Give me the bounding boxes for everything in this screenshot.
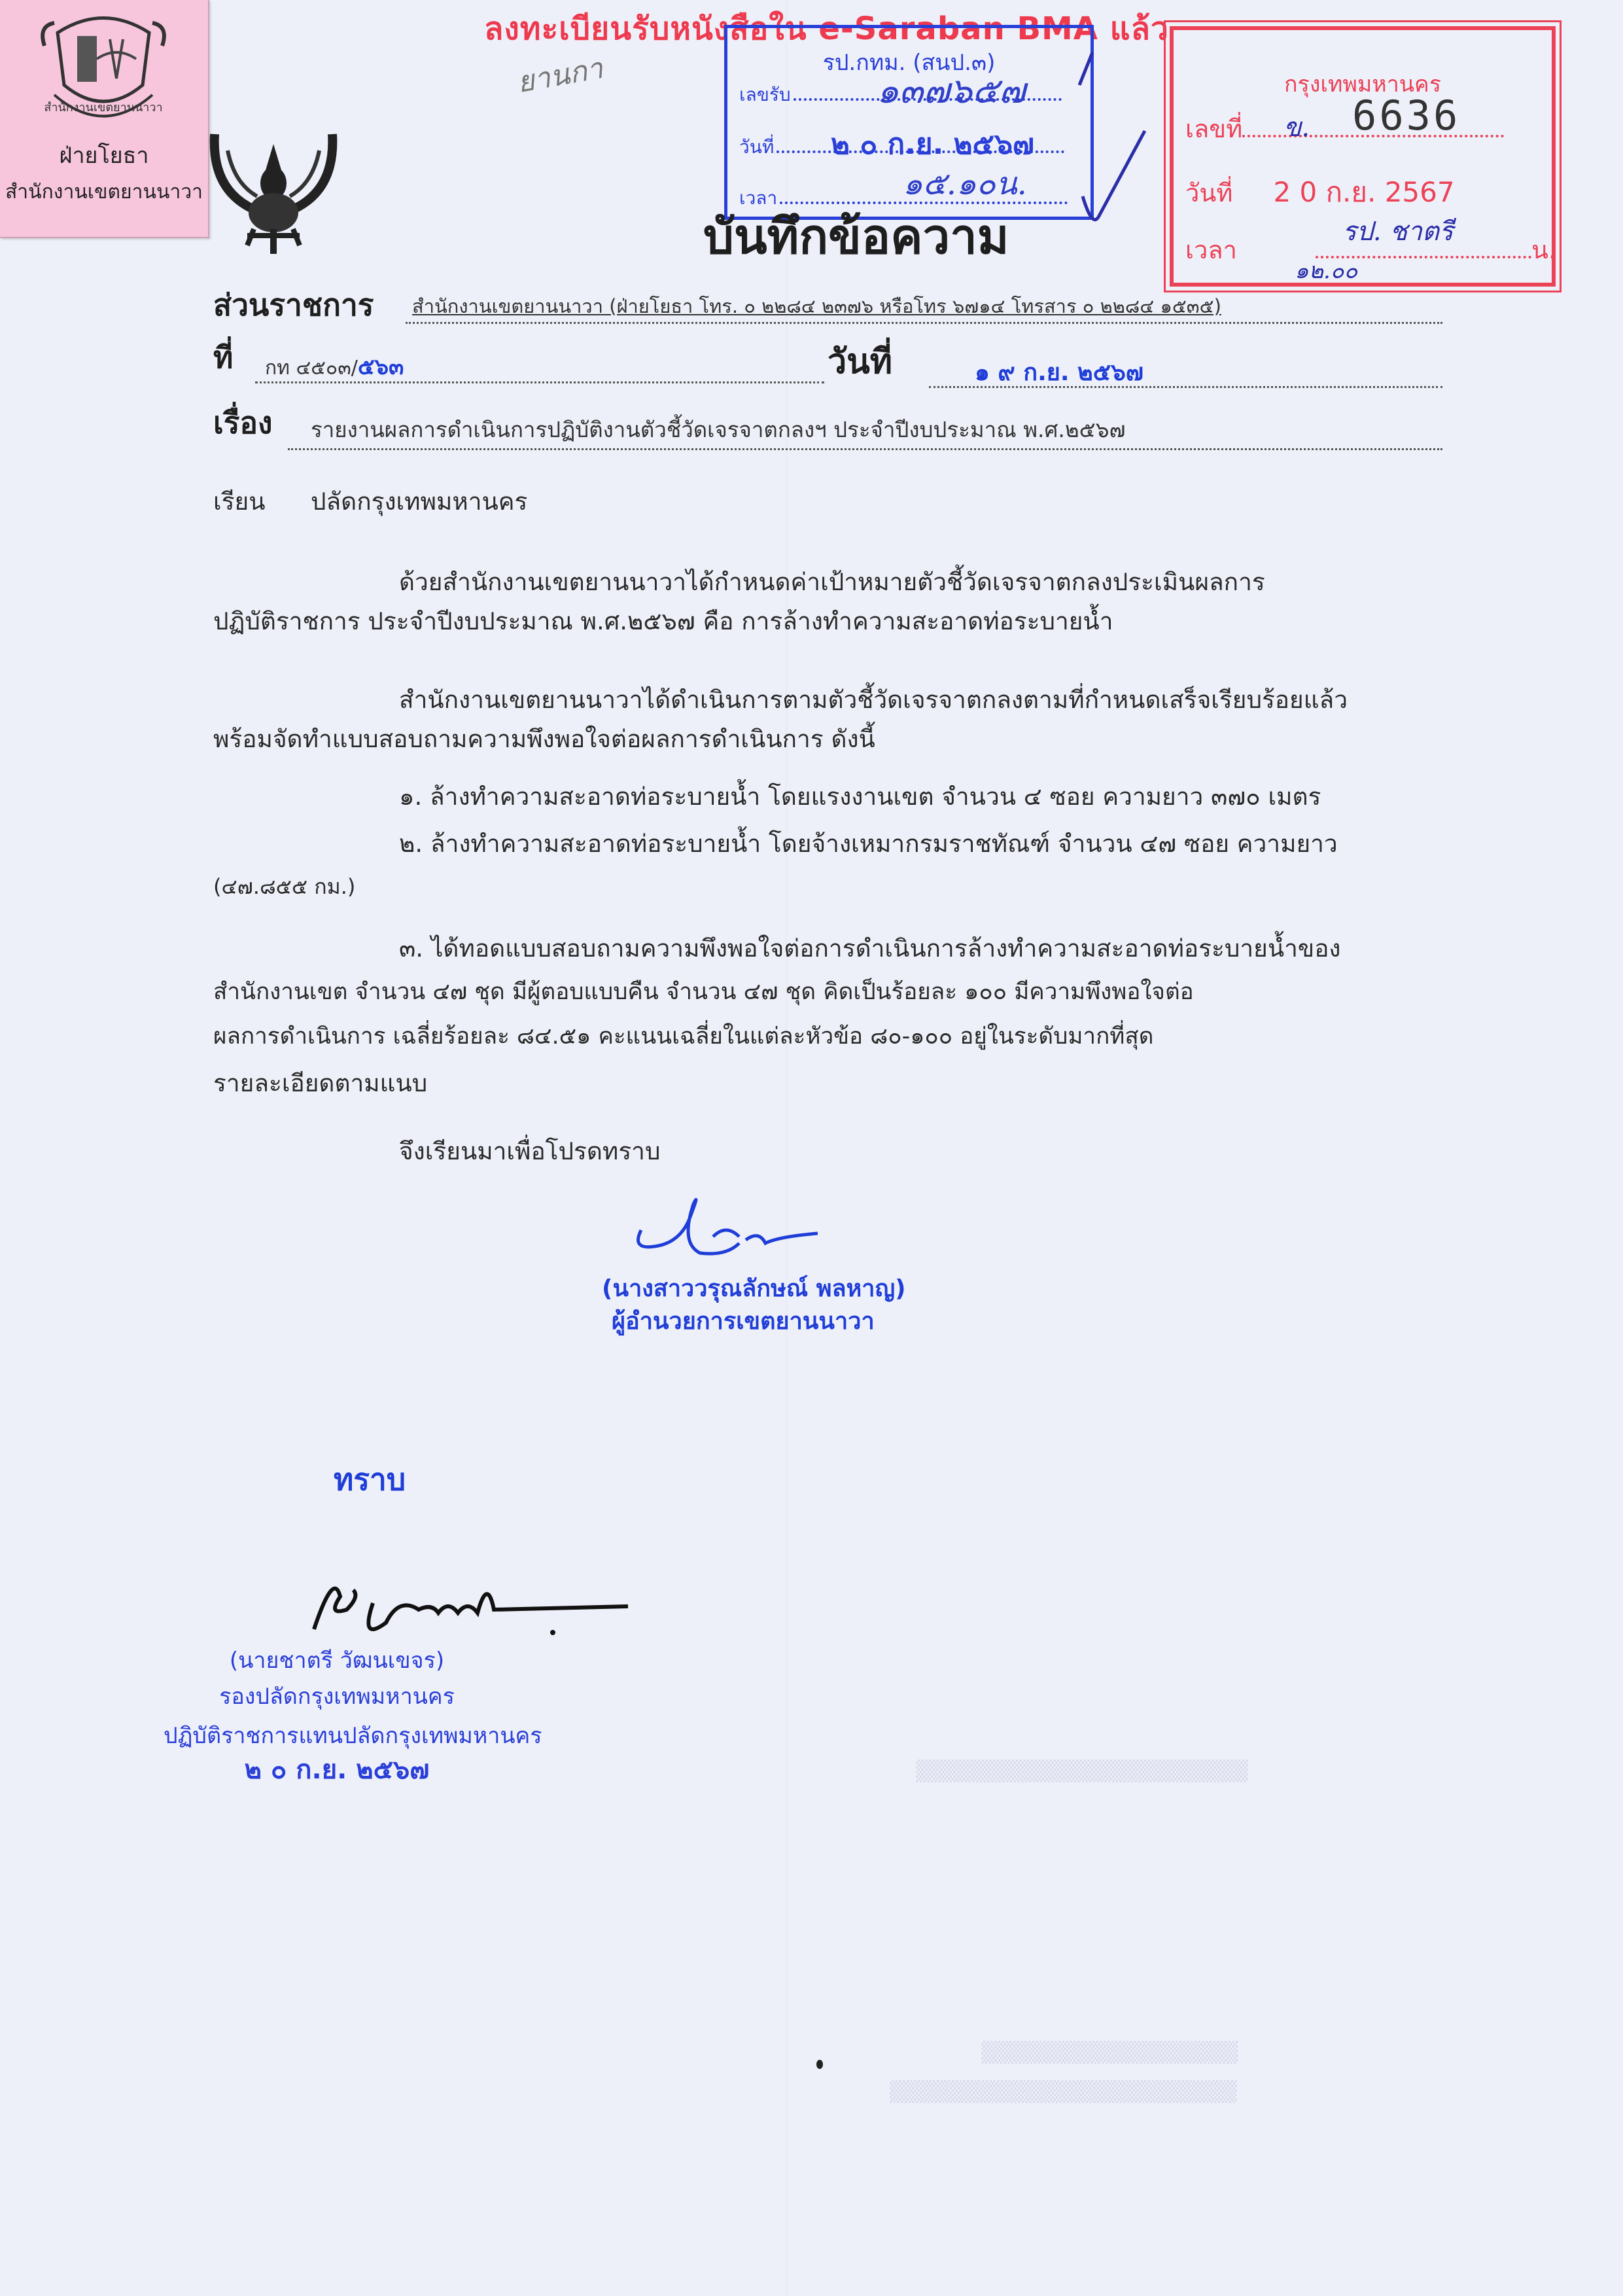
slip-section: ฝ่ายโยธา — [0, 137, 208, 173]
bleed-through-text: ▒▒▒▒▒▒▒▒▒▒▒▒▒▒▒▒▒ — [981, 2041, 1238, 2064]
receive-stamp-red: กรุงเทพมหานคร เลขที่ ข. 6636 วันที่ 2 0 … — [1170, 26, 1556, 287]
stamp-red-handwritten-time: ๑๒.๐๐ — [1295, 253, 1357, 288]
approval-note: ทราบ — [334, 1456, 406, 1504]
checkmark-icon — [1073, 39, 1158, 236]
body-item2-line2: (๔๗.๘๕๕ กม.) — [213, 870, 355, 904]
body-item3-line1: ๓. ได้ทอดแบบสอบถามความพึงพอใจต่อการดำเนิ… — [399, 929, 1340, 968]
body-p2-line1: สำนักงานเขตยานนาวาได้ดำเนินการตามตัวชี้ว… — [399, 680, 1348, 719]
body-p2-line2: พร้อมจัดทำแบบสอบถามความพึงพอใจต่อผลการดำ… — [213, 720, 875, 758]
ref-label: ที่ — [213, 334, 233, 381]
stamp-blue-number-row: เลขรับ ๑๓๗๖๕๗ — [739, 80, 1086, 109]
stamp-red-number-row: เลขที่ ข. 6636 — [1185, 109, 1504, 149]
stamp-blue-number-label: เลขรับ — [739, 84, 791, 105]
body-item3-line3: ผลการดำเนินการ เฉลี่ยร้อยละ ๘๔.๕๑ คะแนนเ… — [213, 1018, 1153, 1054]
garuda-emblem-icon — [208, 131, 339, 255]
director-signature-icon — [628, 1191, 824, 1263]
agency-value: สำนักงานเขตยานนาวา (ฝ่ายโยธา โทร. ๐ ๒๒๘๔… — [412, 291, 1221, 321]
pencil-annotation: ยานกา — [514, 45, 606, 105]
approver-position2: ปฏิบัติราชการแทนปลัดกรุงเทพมหานคร — [164, 1718, 510, 1753]
body-p1-line2: ปฏิบัติราชการ ประจำปีงบประมาณ พ.ศ.๒๕๖๗ ค… — [213, 602, 1113, 641]
district-emblem-icon: สำนักงานเขตยานนาวา — [31, 7, 175, 131]
stamp-red-number-value: 6636 — [1352, 92, 1460, 139]
subject-value: รายงานผลการดำเนินการปฏิบัติงานตัวชี้วัดเ… — [311, 412, 1125, 447]
stamp-red-handwritten-note: รป. ชาตรี — [1342, 210, 1453, 252]
body-closing: จึงเรียนมาเพื่อโปรดทราบ — [399, 1132, 660, 1171]
approver-name: (นายชาตรี วัฒนเขจร) — [164, 1642, 510, 1678]
svg-text:สำนักงานเขตยานนาวา: สำนักงานเขตยานนาวา — [44, 101, 162, 115]
stamp-red-date-row: วันที่ 2 0 ก.ย. 2567 — [1185, 171, 1455, 214]
to-label: เรียน — [213, 482, 266, 521]
date-value: ๑ ๙ ก.ย. ๒๕๖๗ — [975, 353, 1143, 391]
stamp-red-time-label: เวลา — [1185, 236, 1237, 264]
ref-line — [255, 381, 824, 383]
stamp-red-date-value: 2 0 ก.ย. 2567 — [1273, 176, 1454, 208]
body-item1: ๑. ล้างทำความสะอาดท่อระบายน้ำ โดยแรงงานเ… — [399, 777, 1321, 816]
bleed-through-text: ▒▒▒▒▒▒▒▒▒▒▒▒▒▒▒▒▒▒▒▒▒▒ — [916, 1760, 1248, 1783]
bleed-through-text: ▒▒▒▒▒▒▒▒▒▒▒▒▒▒▒▒▒▒▒▒▒▒▒ — [890, 2081, 1237, 2104]
receive-stamp-blue: รป.กทม. (สนป.๓) เลขรับ ๑๓๗๖๕๗ วันที่ ๒ ๐… — [724, 25, 1094, 220]
date-label: วันที่ — [828, 334, 892, 388]
stamp-blue-date-label: วันที่ — [739, 136, 774, 158]
agency-label: ส่วนราชการ — [213, 281, 374, 329]
subject-label: เรื่อง — [213, 399, 273, 447]
stamp-red-time-suffix: น. — [1531, 236, 1556, 264]
slip-office: สำนักงานเขตยานนาวา — [0, 177, 208, 207]
stamp-red-time-row: เวลาน. รป. ชาตรี — [1185, 230, 1556, 270]
approver-signature-icon — [307, 1570, 635, 1649]
stamp-red-number-label: เลขที่ — [1185, 115, 1242, 143]
signer-position: ผู้อำนวยการเขตยานนาวา — [612, 1302, 875, 1339]
paper-speck — [816, 2060, 823, 2069]
approval-date: ๒ ๐ ก.ย. ๒๕๖๗ — [164, 1748, 510, 1790]
ref-prefix: กท ๔๕๐๓/ — [265, 357, 358, 380]
body-item3-line4: รายละเอียดตามแนบ — [213, 1064, 427, 1103]
ref-value: กท ๔๕๐๓/๕๖๓ — [265, 349, 404, 384]
body-item3-line2: สำนักงานเขต จำนวน ๔๗ ชุด มีผู้ตอบแบบคืน … — [213, 974, 1194, 1010]
memo-title: บันทึกข้อความ — [703, 198, 1009, 275]
body-item2-line1: ๒. ล้างทำความสะอาดท่อระบายน้ำ โดยจ้างเหม… — [399, 824, 1338, 863]
to-value: ปลัดกรุงเทพมหานคร — [311, 482, 527, 521]
stamp-blue-number-value: ๑๓๗๖๕๗ — [877, 62, 1026, 118]
paper-fold — [785, 0, 788, 2296]
approver-position1: รองปลัดกรุงเทพมหานคร — [164, 1678, 510, 1714]
body-p1-line1: ด้วยสำนักงานเขตยานนาวาได้กำหนดค่าเป้าหมา… — [399, 563, 1265, 601]
stamp-red-date-label: วันที่ — [1185, 179, 1232, 207]
ref-number: ๕๖๓ — [358, 354, 404, 380]
agency-line — [406, 322, 1442, 324]
stamp-red-number-prefix: ข. — [1283, 106, 1310, 148]
date-line — [929, 386, 1442, 388]
signer-name: (นางสาววรุณลักษณ์ พลหาญ) — [602, 1269, 906, 1307]
subject-line — [288, 448, 1442, 450]
routing-slip: สำนักงานเขตยานนาวา ฝ่ายโยธา สำนักงานเขตย… — [0, 0, 209, 238]
stamp-blue-date-row: วันที่ ๒ ๐ ก.ย. ๒๕๖๗ — [739, 133, 1086, 162]
